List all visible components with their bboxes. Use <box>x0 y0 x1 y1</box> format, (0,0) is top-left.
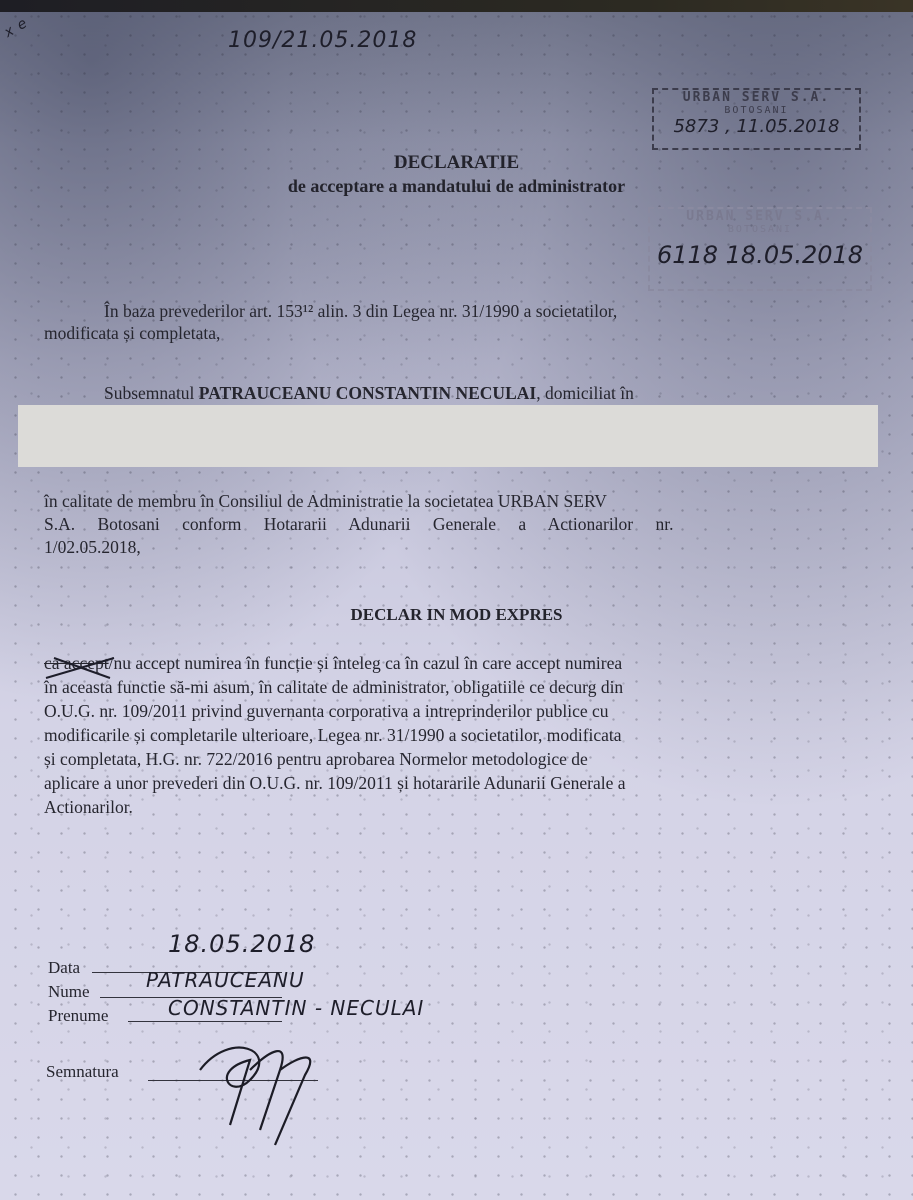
signature-scribble <box>190 1030 340 1150</box>
date-label: Data <box>48 958 80 978</box>
registration-number: 109/21.05.2018 <box>228 28 417 53</box>
declaration-line-5: și completata, H.G. nr. 722/2016 pentru … <box>44 748 834 770</box>
declaration-line-4: modificarile și completarile ulterioare,… <box>44 724 834 746</box>
signature-label: Semnatura <box>46 1062 119 1082</box>
subject-line: Subsemnatul PATRAUCEANU CONSTANTIN NECUL… <box>104 382 634 404</box>
registry-stamp-second: URBAN SERV S.A. BOTOSANI 6118 18.05.2018 <box>648 207 872 291</box>
firstname-label: Prenume <box>48 1006 108 1026</box>
registry-stamp-top: URBAN SERV S.A. BOTOSANI 5873 , 11.05.20… <box>652 88 861 150</box>
declaration-line-6: aplicare a unor prevederi din O.U.G. nr.… <box>44 772 834 794</box>
declaration-line-1: ca accept/nu accept numirea în funcție ș… <box>44 652 834 674</box>
name-value: PATRAUCEANU <box>146 968 305 992</box>
address-redaction <box>18 405 878 467</box>
firstname-value: CONSTANTIN - NECULAI <box>168 996 424 1020</box>
declare-heading: DECLAR IN MOD EXPRES <box>0 605 913 625</box>
document-title: DECLARATIE <box>0 152 913 174</box>
declaration-line-7: Actionarilor. <box>44 796 133 818</box>
declaration-line-2: în aceasta functie să-mi asum, în calita… <box>44 676 834 698</box>
capacity-line-2: S.A. Botosani conform Hotararii Adunarii… <box>44 513 834 535</box>
stamp-city: BOTOSANI <box>650 224 870 235</box>
declaration-text: /nu accept numirea în funcție și înteleg… <box>109 653 623 673</box>
date-value: 18.05.2018 <box>168 930 315 958</box>
name-label: Nume <box>48 982 90 1002</box>
declaration-line-3: O.U.G. nr. 109/2011 privind guvernanta c… <box>44 700 834 722</box>
subject-name: PATRAUCEANU CONSTANTIN NECULAI <box>199 383 536 403</box>
stamp-company: URBAN SERV S.A. <box>650 209 870 224</box>
subject-prefix: Subsemnatul <box>104 383 194 403</box>
capacity-line-3: 1/02.05.2018, <box>44 536 141 558</box>
subject-suffix: , domiciliat în <box>536 383 634 403</box>
document-subtitle: de acceptare a mandatului de administrat… <box>0 176 913 197</box>
stamp-number-date: 5873 , 11.05.2018 <box>654 116 859 137</box>
capacity-line-1: în calitate de membru în Consiliul de Ad… <box>44 490 834 512</box>
stamp-company: URBAN SERV S.A. <box>654 90 859 105</box>
firstname-line <box>128 1021 282 1022</box>
stamp-number-date: 6118 18.05.2018 <box>650 241 870 269</box>
intro-line-1: În baza prevederilor art. 153¹² alin. 3 … <box>104 300 617 322</box>
stamp-city: BOTOSANI <box>654 105 859 116</box>
intro-line-2: modificata și completata, <box>44 322 220 344</box>
scanned-page: x e 109/21.05.2018 URBAN SERV S.A. BOTOS… <box>0 0 913 1200</box>
